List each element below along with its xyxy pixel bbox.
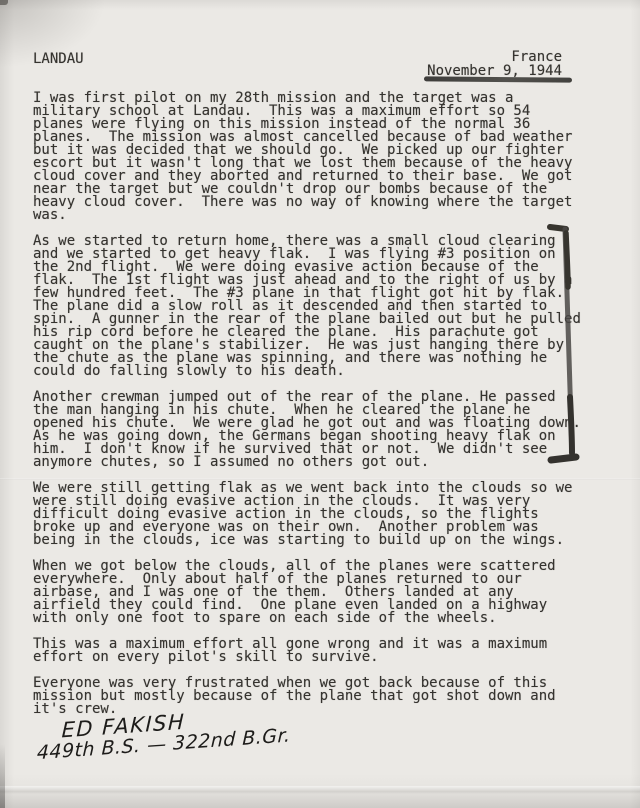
- scan-edge-mark: [0, 744, 5, 808]
- paragraph-1: I was first pilot on my 28th mission and…: [33, 92, 618, 222]
- paragraph-6: This was a maximum effort all gone wrong…: [33, 638, 618, 664]
- scan-edge-mark: [0, 0, 8, 5]
- paragraph-3: Another crewman jumped out of the rear o…: [33, 391, 618, 469]
- paper-crease-line: [0, 786, 640, 794]
- margin-bracket-mark: [542, 217, 590, 473]
- date-underline-mark: [424, 76, 572, 82]
- letter-body: I was first pilot on my 28th mission and…: [33, 92, 618, 729]
- paper-crease-line: [0, 478, 640, 480]
- paragraph-7: Everyone was very frustrated when we got…: [33, 677, 618, 716]
- paragraph-2: As we started to return home, there was …: [33, 235, 618, 378]
- paragraph-4: We were still getting flak as we went ba…: [33, 482, 618, 547]
- paragraph-5: When we got below the clouds, all of the…: [33, 560, 618, 625]
- location-header: LANDAU: [33, 53, 84, 66]
- dateline: France November 9, 1944: [427, 51, 562, 78]
